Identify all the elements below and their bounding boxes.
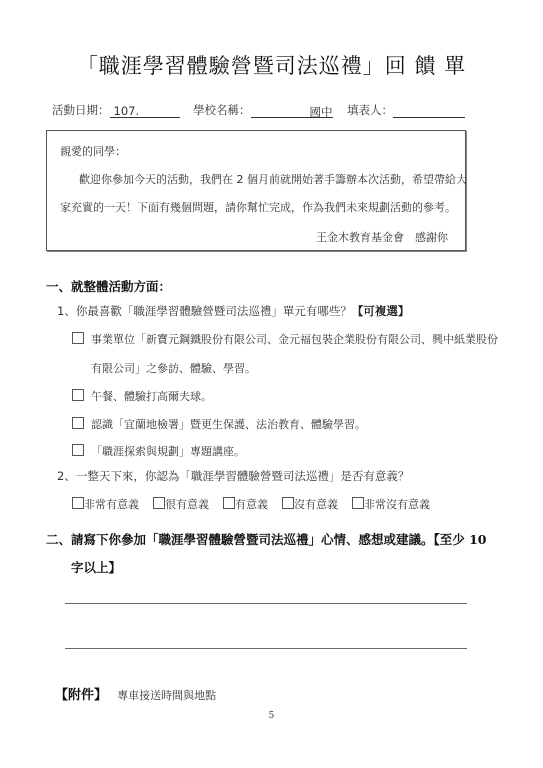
school-input[interactable]: 國中	[251, 104, 333, 118]
question-1-text: 1、你最喜歡「職涯學習體驗營暨司法巡禮」單元有哪些？	[57, 304, 352, 318]
letter-body-line2: 家充實的一天！下面有幾個問題，請你幫忙完成，作為我們未來規劃活動的參考。	[60, 199, 456, 215]
option-label: 事業單位「新寶元鋼鐵股份有限公司、金元福包裝企業股份有限公司、興中紙業股份	[91, 333, 498, 346]
letter-signature: 王金木教育基金會 感謝你	[316, 229, 448, 245]
filler-field: 填表人：	[347, 102, 465, 118]
section2-heading: 二、請寫下你參加「職涯學習體驗營暨司法巡禮」心情、感想或建議。【至少 10	[46, 530, 487, 548]
date-input[interactable]: 107.	[110, 104, 180, 118]
date-label: 活動日期：	[52, 103, 110, 117]
checkbox[interactable]	[352, 497, 364, 509]
form-title: 「職涯學習體驗營暨司法巡禮」回 饋 單	[0, 50, 543, 80]
option-label: 午餐、體驗打高爾夫球。	[91, 390, 212, 403]
section2-heading-continued: 字以上】	[71, 558, 121, 576]
page-number: 5	[0, 711, 543, 721]
q1-option-1-continued: 有限公司」之參訪、體驗、學習。	[91, 360, 256, 376]
checkbox[interactable]	[282, 497, 294, 509]
answer-line-2[interactable]	[65, 648, 467, 649]
checkbox[interactable]	[153, 497, 165, 509]
q1-option-2[interactable]: 午餐、體驗打高爾夫球。	[72, 388, 212, 404]
checkbox[interactable]	[72, 497, 84, 509]
school-name-field: 學校名稱：國中	[193, 102, 333, 118]
q2-option-very-meaningful[interactable]: 非常有意義	[72, 498, 139, 511]
letter-body-line1: 歡迎你參加今天的活動，我們在 2 個月前就開始著手籌辦本次活動，希望帶給大	[79, 171, 467, 187]
q2-option-very-not-meaningful[interactable]: 非常沒有意義	[352, 498, 430, 511]
question-1: 1、你最喜歡「職涯學習體驗營暨司法巡禮」單元有哪些？【可複選】	[57, 303, 409, 319]
q2-option-quite-meaningful[interactable]: 很有意義	[153, 498, 209, 511]
option-label: 認識「宜蘭地檢署」暨更生保護、法治教育、體驗學習。	[91, 418, 366, 431]
q1-option-3[interactable]: 認識「宜蘭地檢署」暨更生保護、法治教育、體驗學習。	[72, 416, 366, 432]
section1-heading: 一、就整體活動方面：	[46, 277, 171, 295]
q2-rating-options: 非常有意義 很有意義 有意義 沒有意義 非常沒有意義	[72, 496, 430, 512]
attachment-text: 專車接送時間與地點	[117, 689, 216, 702]
letter-greeting: 親愛的同學：	[60, 143, 126, 159]
filler-label: 填表人：	[347, 103, 393, 117]
q2-option-meaningful[interactable]: 有意義	[223, 498, 268, 511]
checkbox[interactable]	[72, 444, 84, 456]
answer-line-1[interactable]	[65, 603, 467, 604]
option-label: 「職涯探索與規劃」專題講座。	[91, 445, 245, 458]
attachment-label: 【附件】	[55, 688, 107, 703]
checkbox[interactable]	[72, 417, 84, 429]
school-label: 學校名稱：	[193, 103, 251, 117]
activity-date-field: 活動日期：107.	[52, 102, 180, 118]
q1-option-1[interactable]: 事業單位「新寶元鋼鐵股份有限公司、金元福包裝企業股份有限公司、興中紙業股份	[72, 331, 498, 347]
q1-option-4[interactable]: 「職涯探索與規劃」專題講座。	[72, 443, 245, 459]
question-2: 2、一整天下來，你認為「職涯學習體驗營暨司法巡禮」是否有意義？	[57, 468, 409, 484]
q2-option-not-meaningful[interactable]: 沒有意義	[282, 498, 338, 511]
checkbox[interactable]	[72, 389, 84, 401]
checkbox[interactable]	[72, 332, 84, 344]
attachment-note: 【附件】 專車接送時間與地點	[55, 684, 216, 703]
checkbox[interactable]	[223, 497, 235, 509]
multi-select-tag: 【可複選】	[352, 304, 410, 318]
filler-input[interactable]	[393, 104, 465, 118]
